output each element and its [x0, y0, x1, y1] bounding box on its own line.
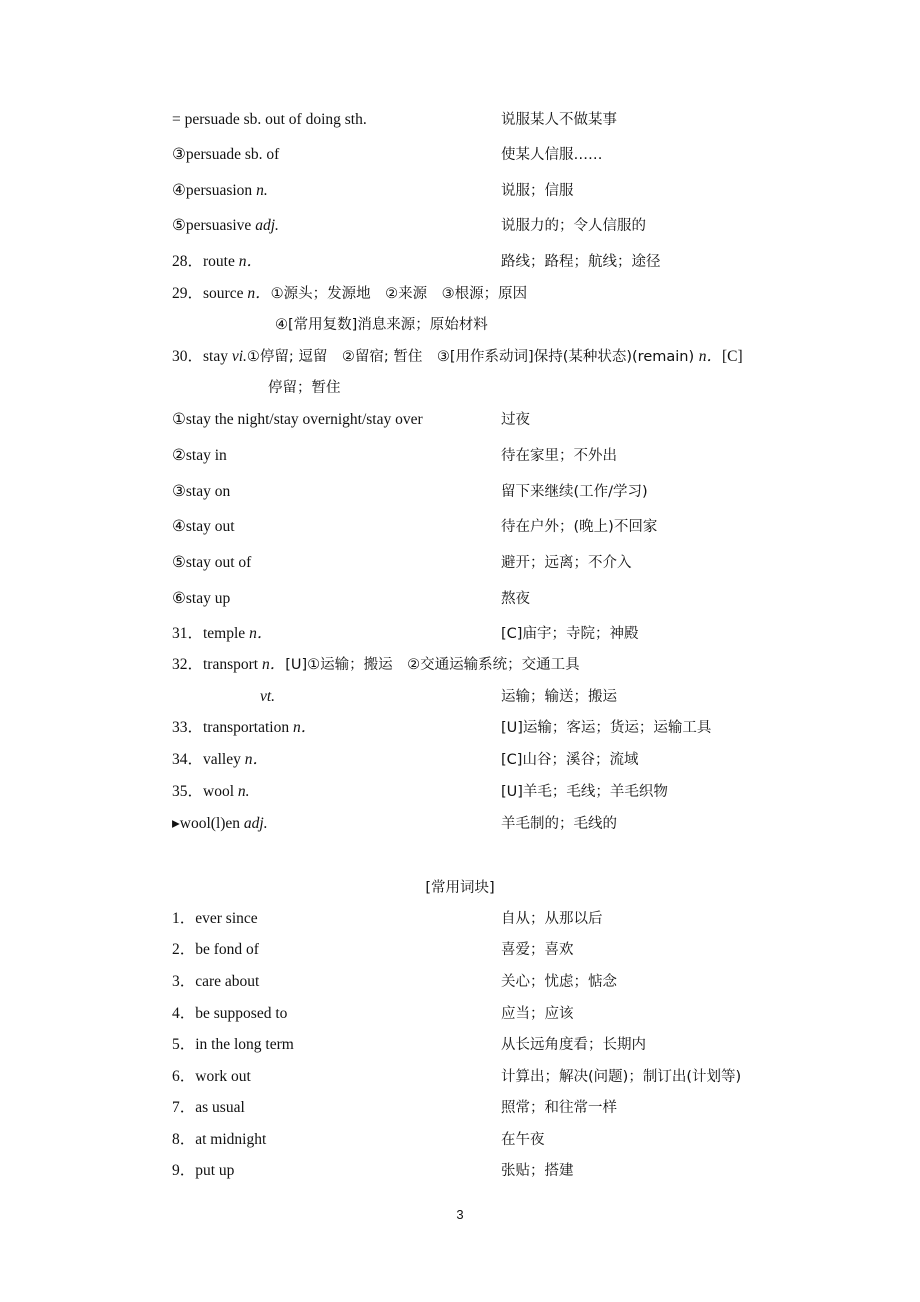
word-en: ▸wool(l)en adj. — [172, 814, 268, 834]
part-of-speech: n． — [249, 625, 272, 642]
phrase-cn: 过夜 — [501, 410, 530, 430]
phrase-en: ①stay the night/stay overnight/stay over — [172, 410, 423, 430]
entry-transport: 32．transport n．[U]①运输；搬运 ②交通运输系统；交通工具 — [172, 655, 580, 675]
part-of-speech: n． — [247, 285, 270, 302]
word: 29．source — [172, 285, 247, 302]
phrase-en: 9．put up — [172, 1161, 234, 1181]
part-of-speech: n． — [245, 751, 268, 768]
word-cn: 路线；路程；航线；途径 — [501, 252, 661, 272]
word-en: 34．valley n． — [172, 750, 268, 770]
phrase-en: 5．in the long term — [172, 1035, 294, 1055]
phrase-en: ④stay out — [172, 517, 235, 537]
phrase-en: 4．be supposed to — [172, 1004, 287, 1024]
phrase-cn: 说服某人不做某事 — [501, 110, 617, 130]
word: 30．stay — [172, 348, 232, 365]
phrase-en: ⑥stay up — [172, 589, 230, 609]
phrase-cn: 待在家里；不外出 — [501, 446, 617, 466]
phrase-cn: 照常；和往常一样 — [501, 1098, 617, 1118]
phrase-cn: 计算出；解决(问题)；制订出(计划等) — [501, 1067, 741, 1087]
word-cn: 说服；信服 — [501, 181, 574, 201]
part-of-speech: n. — [238, 783, 250, 800]
part-of-speech: n. — [256, 182, 268, 199]
phrase-en: 7．as usual — [172, 1098, 245, 1118]
phrase-cn: 使某人信服…… — [501, 145, 603, 165]
word: ④persuasion — [172, 182, 256, 199]
definition-continued: 停留；暂住 — [268, 378, 341, 398]
phrase-en: ③persuade sb. of — [172, 145, 279, 165]
word: 32．transport — [172, 656, 262, 673]
part-of-speech: n． — [699, 348, 722, 365]
word-cn: 羊毛制的；毛线的 — [501, 814, 617, 834]
word: 33．transportation — [172, 719, 293, 736]
word: ⑤persuasive — [172, 217, 255, 234]
phrase-en: 1．ever since — [172, 909, 258, 929]
phrase-cn: 从长远角度看；长期内 — [501, 1035, 646, 1055]
definition: [U]①运输；搬运 ②交通运输系统；交通工具 — [285, 657, 579, 673]
phrase-cn: 待在户外；(晚上)不回家 — [501, 517, 657, 537]
entry-stay: 30．stay vi.①停留; 逗留 ②留宿; 暂住 ③[用作系动词]保持(某种… — [172, 347, 743, 367]
page-number: 3 — [0, 1207, 920, 1222]
phrase-en: = persuade sb. out of doing sth. — [172, 110, 367, 130]
phrase-en: ⑤stay out of — [172, 553, 251, 573]
part-of-speech: n． — [293, 719, 316, 736]
word: 35．wool — [172, 783, 238, 800]
phrase-en: ②stay in — [172, 446, 227, 466]
word-cn: [C]庙宇；寺院；神殿 — [501, 624, 638, 644]
word: ▸wool(l)en — [172, 815, 244, 832]
word-en: 35．wool n. — [172, 782, 250, 802]
word-cn: [U]运输；客运；货运；运输工具 — [501, 718, 711, 738]
phrase-en: 6．work out — [172, 1067, 251, 1087]
section-heading: [常用词块] — [0, 878, 920, 898]
word-en: ④persuasion n. — [172, 181, 268, 201]
word-en: 28．route n． — [172, 252, 262, 272]
countable-label: [C] — [722, 348, 743, 365]
definition-continued: ④[常用复数]消息来源；原始材料 — [275, 315, 488, 335]
word-en: 31．temple n． — [172, 624, 272, 644]
word-cn: 说服力的；令人信服的 — [501, 216, 646, 236]
part-of-speech: n． — [262, 656, 285, 673]
phrase-cn: 喜爱；喜欢 — [501, 940, 574, 960]
word-cn: [U]羊毛；毛线；羊毛织物 — [501, 782, 668, 802]
phrase-en: 2．be fond of — [172, 940, 259, 960]
phrase-en: 8．at midnight — [172, 1130, 266, 1150]
phrase-cn: 应当；应该 — [501, 1004, 574, 1024]
word: 34．valley — [172, 751, 245, 768]
phrase-cn: 熬夜 — [501, 589, 530, 609]
part-of-speech: adj. — [244, 815, 268, 832]
word: 31．temple — [172, 625, 249, 642]
definition: ①源头；发源地 ②来源 ③根源；原因 — [271, 286, 528, 302]
word-cn: [C]山谷；溪谷；流域 — [501, 750, 638, 770]
word: 28．route — [172, 253, 239, 270]
phrase-cn: 留下来继续(工作/学习) — [501, 482, 648, 502]
document-page: = persuade sb. out of doing sth. 说服某人不做某… — [0, 0, 920, 1302]
part-of-speech: vi. — [232, 348, 247, 365]
part-of-speech: vt. — [260, 687, 275, 707]
part-of-speech: n． — [239, 253, 262, 270]
definition: ①停留; 逗留 ②留宿; 暂住 ③[用作系动词]保持(某种状态)(remain) — [247, 349, 699, 365]
phrase-cn: 避开；远离；不介入 — [501, 553, 632, 573]
phrase-en: 3．care about — [172, 972, 259, 992]
entry-source: 29．source n．①源头；发源地 ②来源 ③根源；原因 — [172, 284, 527, 304]
phrase-cn: 在午夜 — [501, 1130, 545, 1150]
word-en: 33．transportation n． — [172, 718, 316, 738]
phrase-cn: 张贴；搭建 — [501, 1161, 574, 1181]
phrase-en: ③stay on — [172, 482, 230, 502]
word-en: ⑤persuasive adj. — [172, 216, 279, 236]
word-cn: 运输；输送；搬运 — [501, 687, 617, 707]
part-of-speech: adj. — [255, 217, 279, 234]
phrase-cn: 关心；忧虑；惦念 — [501, 972, 617, 992]
phrase-cn: 自从；从那以后 — [501, 909, 603, 929]
